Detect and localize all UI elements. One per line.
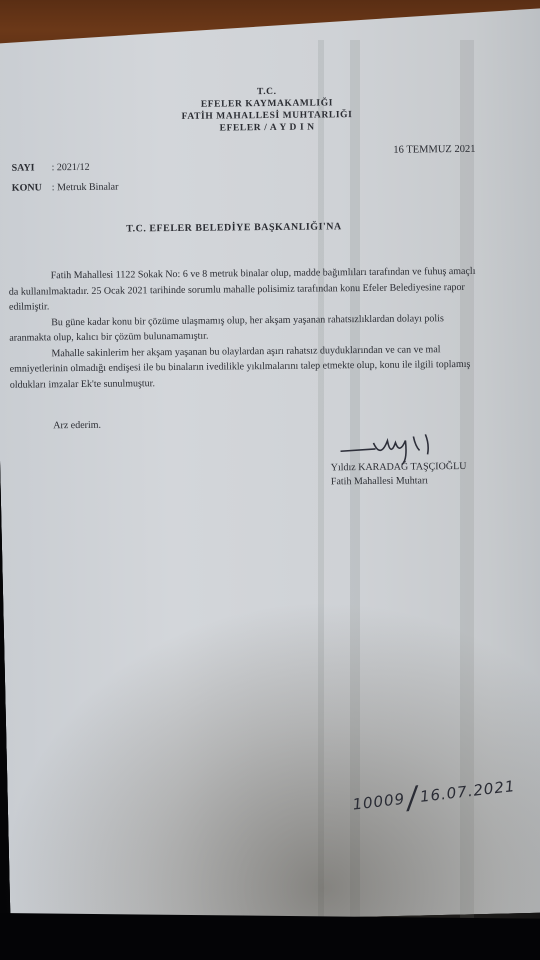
closing: Arz ederim. <box>53 420 101 431</box>
body-paragraph: Mahalle sakinlerim her akşam yaşanan bu … <box>9 341 479 392</box>
letter-content: T.C. EFELER KAYMAKAMLIĞI FATİH MAHALLESİ… <box>0 0 540 960</box>
sayi-value: : 2021/12 <box>51 162 89 173</box>
subject-line: KONU: Metruk Binalar <box>12 182 119 194</box>
signatory-title: Fatih Mahallesi Muhtarı <box>331 474 467 489</box>
body-paragraph: Fatih Mahallesi 1122 Sokak No: 6 ve 8 me… <box>9 264 479 315</box>
registration-number: 10009 <box>352 790 406 814</box>
signature-block: Yıldız KARADAĞ TAŞÇIOĞLU Fatih Mahallesi… <box>331 460 467 489</box>
letterhead: T.C. EFELER KAYMAKAMLIĞI FATİH MAHALLESİ… <box>137 85 397 136</box>
letter-date: 16 TEMMUZ 2021 <box>393 144 475 156</box>
sayi-label: SAYI <box>12 162 52 173</box>
letter-body: Fatih Mahallesi 1122 Sokak No: 6 ve 8 me… <box>9 264 480 393</box>
body-paragraph: Bu güne kadar konu bir çözüme ulaşmamış … <box>9 310 479 346</box>
konu-label: KONU <box>12 182 52 193</box>
konu-value: : Metruk Binalar <box>52 182 119 194</box>
addressee: T.C. EFELER BELEDİYE BAŞKANLIĞI'NA <box>126 221 342 234</box>
signatory-name: Yıldız KARADAĞ TAŞÇIOĞLU <box>331 460 467 475</box>
handwritten-registration: 10009/16.07.2021 <box>351 769 518 823</box>
letterhead-line: EFELER / A Y D I N <box>137 121 397 136</box>
slash-mark: / <box>405 780 420 816</box>
reference-number: SAYI: 2021/12 <box>12 162 90 174</box>
registration-date: 16.07.2021 <box>419 777 516 806</box>
